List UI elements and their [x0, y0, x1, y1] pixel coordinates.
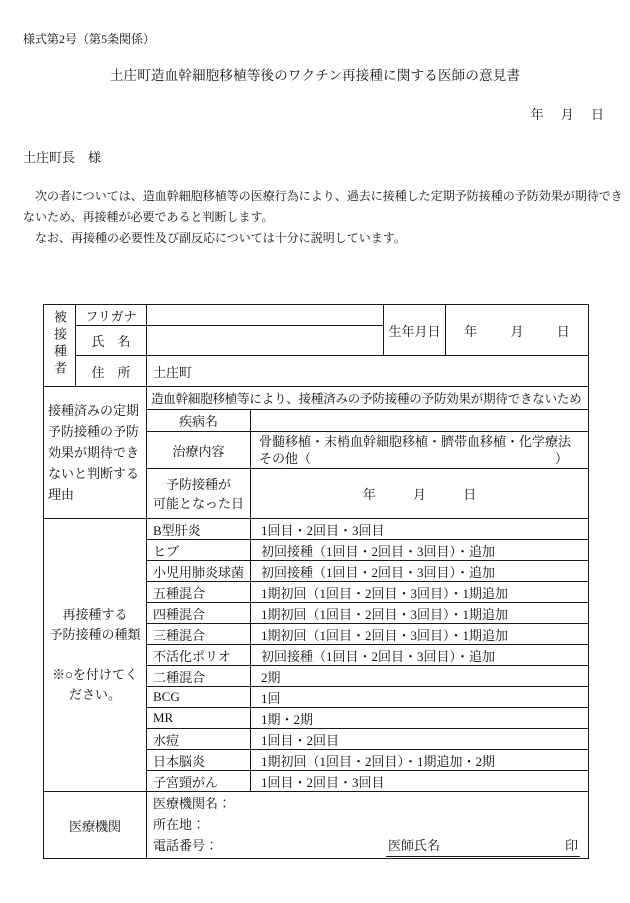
eligible-date-label-line: 可能となった日 — [149, 494, 248, 513]
clinic-name-label: 医療機関名： — [153, 793, 582, 814]
vaccine-name: BCG — [147, 687, 251, 708]
label-spacer — [46, 645, 144, 665]
issue-date-line: 年 月 日 — [530, 104, 604, 123]
recipient-section-label-text: 被接種者 — [50, 310, 69, 378]
vaccine-doses: 1回 — [251, 687, 589, 708]
reason-label-line: 予防接種の予防 — [48, 421, 144, 442]
revaccination-label-line: ださい。 — [46, 685, 144, 705]
treatment-other-line: その他（ ） — [259, 450, 580, 467]
revaccination-section-label: 再接種する 予防接種の種類 ※○を付けてく ださい。 — [44, 519, 147, 792]
vaccine-name: ヒブ — [147, 540, 251, 561]
reason-label-line: 効果が期待でき — [48, 442, 144, 463]
furigana-value — [147, 305, 384, 326]
vaccine-doses: 1期初回（1回目・2回目・3回目）・1期追加 — [251, 582, 589, 603]
vaccine-doses: 1期初回（1回目・2回目）・1期追加・2期 — [251, 750, 589, 771]
table-row: 医療機関 医療機関名： 所在地： 電話番号： 医師氏名 印 — [44, 792, 589, 859]
treatment-value: 骨髄移植・末梢血幹細胞移植・臍帯血移植・化学療法 その他（ ） — [251, 432, 589, 469]
vaccine-name: 二種混合 — [147, 666, 251, 687]
opinion-form-table: 被接種者 フリガナ 生年月日 年 月 日 氏 名 住 所 土庄町 接種済みの定期… — [43, 304, 589, 859]
reason-section-label: 接種済みの定期 予防接種の予防 効果が期待でき ないと判断する 理由 — [44, 387, 147, 519]
vaccine-doses: 1期初回（1回目・2回目・3回目）・1期追加 — [251, 603, 589, 624]
paragraph-line: 次の者については、造血幹細胞移植等の医療行為により、過去に接種した定期予防接種の… — [23, 186, 609, 207]
paragraph-line: ないため、再接種が必要であると判断します。 — [23, 207, 609, 228]
disease-label: 疾病名 — [147, 410, 251, 432]
eligible-date-label-line: 予防接種が — [149, 475, 248, 494]
body-paragraph: 次の者については、造血幹細胞移植等の医療行為により、過去に接種した定期予防接種の… — [23, 186, 609, 249]
vaccine-doses: 1回目・2回目・3回目 — [251, 519, 589, 540]
doctor-signature-line: 医師氏名 印 — [386, 835, 580, 857]
treatment-label: 治療内容 — [147, 432, 251, 469]
name-label: 氏 名 — [76, 326, 147, 356]
vaccine-name: 五種混合 — [147, 582, 251, 603]
birthdate-label: 生年月日 — [384, 305, 446, 356]
vaccine-doses: 1回目・2回目 — [251, 729, 589, 750]
reason-label-line: 接種済みの定期 — [48, 400, 144, 421]
vaccine-name: MR — [147, 708, 251, 729]
revaccination-label-line: ※○を付けてく — [46, 665, 144, 685]
doctor-name-label: 医師氏名 — [388, 835, 440, 856]
name-value — [147, 326, 384, 356]
vaccine-name: 水痘 — [147, 729, 251, 750]
vaccine-name: 子宮頸がん — [147, 771, 251, 792]
reason-label-line: 理由 — [48, 484, 144, 505]
reason-label-line: ないと判断する — [48, 463, 144, 484]
vaccine-name: 三種混合 — [147, 624, 251, 645]
seal-label: 印 — [565, 835, 578, 856]
treatment-other-blank — [311, 450, 555, 467]
form-number: 様式第2号（第5条関係） — [23, 30, 155, 47]
treatment-options: 骨髄移植・末梢血幹細胞移植・臍帯血移植・化学療法 — [259, 433, 580, 450]
disease-value — [251, 410, 589, 432]
birthdate-value: 年 月 日 — [446, 305, 589, 356]
table-row: 被接種者 フリガナ 生年月日 年 月 日 — [44, 305, 589, 326]
vaccine-name: 日本脳炎 — [147, 750, 251, 771]
vaccine-doses: 1回目・2回目・3回目 — [251, 771, 589, 792]
clinic-phone-row: 電話番号： 医師氏名 印 — [153, 835, 582, 857]
recipient-section-label: 被接種者 — [44, 305, 76, 387]
paragraph-line: なお、再接種の必要性及び副反応については十分に説明しています。 — [23, 228, 609, 249]
vaccine-name: B型肝炎 — [147, 519, 251, 540]
vaccine-doses: 初回接種（1回目・2回目・3回目）・追加 — [251, 561, 589, 582]
clinic-phone-label: 電話番号： — [153, 835, 218, 856]
furigana-label: フリガナ — [76, 305, 147, 326]
vaccine-name: 不活化ポリオ — [147, 645, 251, 666]
revaccination-label-line: 再接種する — [46, 605, 144, 625]
clinic-section-label: 医療機関 — [44, 792, 147, 859]
vaccine-doses: 2期 — [251, 666, 589, 687]
document-title: 土庄町造血幹細胞移植等後のワクチン再接種に関する医師の意見書 — [0, 64, 630, 84]
vaccine-doses: 初回接種（1回目・2回目・3回目）・追加 — [251, 645, 589, 666]
table-row: 接種済みの定期 予防接種の予防 効果が期待でき ないと判断する 理由 造血幹細胞… — [44, 387, 589, 410]
address-value: 土庄町 — [147, 356, 589, 387]
document-page: 様式第2号（第5条関係） 土庄町造血幹細胞移植等後のワクチン再接種に関する医師の… — [0, 0, 630, 903]
eligible-date-value: 年 月 日 — [251, 469, 589, 519]
address-label: 住 所 — [76, 356, 147, 387]
vaccine-name: 小児用肺炎球菌 — [147, 561, 251, 582]
table-row: 住 所 土庄町 — [44, 356, 589, 387]
vaccine-row: 再接種する 予防接種の種類 ※○を付けてく ださい。 B型肝炎 1回目・2回目・… — [44, 519, 589, 540]
vaccine-name: 四種混合 — [147, 603, 251, 624]
reason-statement: 造血幹細胞移植等により、接種済みの予防接種の予防効果が期待できないため — [147, 387, 589, 410]
vaccine-doses: 1期・2期 — [251, 708, 589, 729]
clinic-info-cell: 医療機関名： 所在地： 電話番号： 医師氏名 印 — [147, 792, 589, 859]
vaccine-doses: 1期初回（1回目・2回目・3回目）・1期追加 — [251, 624, 589, 645]
treatment-other-suffix: ） — [555, 450, 568, 467]
vaccine-doses: 初回接種（1回目・2回目・3回目）・追加 — [251, 540, 589, 561]
clinic-address-label: 所在地： — [153, 814, 582, 835]
revaccination-label-line: 予防接種の種類 — [46, 625, 144, 645]
treatment-other-prefix: その他（ — [259, 450, 311, 467]
eligible-date-label: 予防接種が 可能となった日 — [147, 469, 251, 519]
addressee: 土庄町長 様 — [23, 147, 101, 166]
